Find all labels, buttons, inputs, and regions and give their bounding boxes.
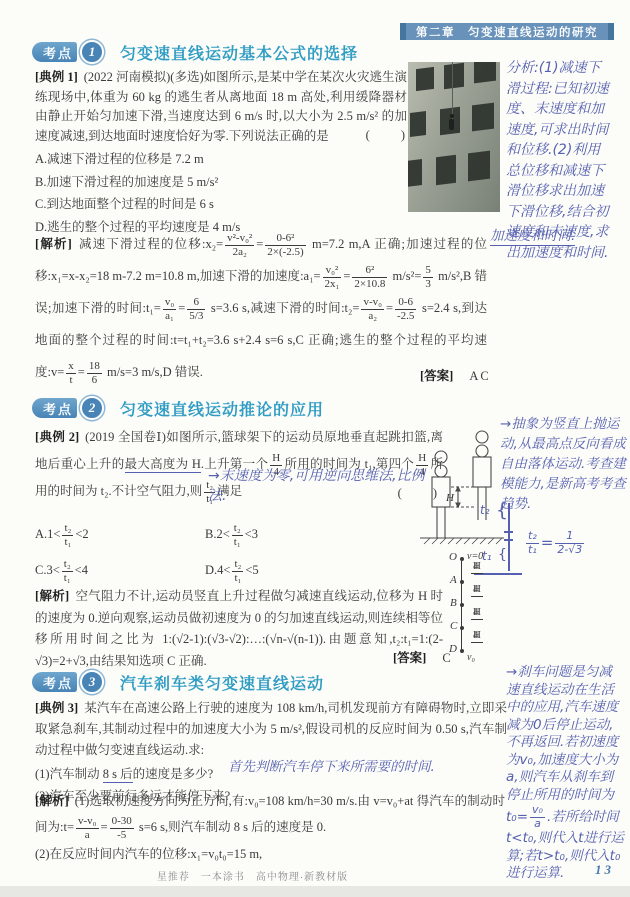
kaodian-3-number: 3 [80, 670, 104, 694]
option-2c: C.3<t₂t₁<4 [35, 558, 205, 584]
kaodian-2-badge: 考点 2 [32, 396, 104, 420]
example-1-solution: [解析]减速下滑过程的位移:x₂=v²-v₀²2a₂=0-6²2×(-2.5) … [35, 228, 487, 388]
example-1-text: (2022 河南模拟)(多选)如图所示,是某中学在某次火灾逃生演练现场中,体重为… [35, 70, 407, 143]
page-bottom-edge [0, 886, 630, 897]
photo-person [450, 114, 454, 118]
photo-person [449, 119, 454, 130]
ladder-point [460, 580, 464, 584]
kaodian-1-title: 匀变速直线运动基本公式的选择 [120, 41, 358, 64]
option-1a: A.减速下滑过程的位移是 7.2 m [35, 148, 407, 171]
handwritten-ratio-formula: t₂t₁=12-√3 [524, 530, 586, 556]
example-3-text: 某汽车在高速公路上行驶的速度为 108 km/h,司机发现前方有障碍物时,立即采… [35, 701, 507, 757]
figure-H-label: H [445, 492, 455, 504]
answer-2-label: [答案] [393, 651, 426, 665]
kaodian-1-header: 考点 1 匀变速直线运动基本公式的选择 [32, 40, 358, 64]
answer-1-value: AC [469, 369, 490, 383]
page-number: 13 [595, 862, 614, 878]
hand-line [508, 503, 510, 571]
ladder-vbot: v₀ [467, 652, 475, 663]
answer-1: [答案]AC [420, 366, 491, 384]
analysis-3-label: [解析] [35, 794, 69, 808]
example-2-solution: [解析]空气阻力不计,运动员竖直上升过程做匀减速直线运动,位移为 H 时的速度为… [35, 586, 443, 672]
escape-drill-photo [408, 62, 500, 212]
photo-window [436, 155, 456, 185]
example-2-options: A.1<t₂t₁<2 B.2<t₂t₁<3 C.3<t₂t₁<4 D.4<t₂t… [35, 522, 395, 585]
photo-window [474, 62, 496, 83]
photo-window [468, 151, 490, 182]
hand-tick [504, 539, 513, 541]
kaodian-2-header: 考点 2 匀变速直线运动推论的应用 [32, 396, 324, 420]
photo-rope [452, 62, 453, 120]
option-2b: B.2<t₂t₁<3 [205, 522, 375, 548]
answer-1-label: [答案] [420, 369, 453, 383]
ladder-point [460, 557, 464, 561]
example-3-label: [典例 3] [35, 701, 78, 715]
analysis-2-label: [解析] [35, 589, 69, 603]
solution-2-text: 空气阻力不计,运动员竖直上升过程做匀减速直线运动,位移为 H 时的速度为 0.逆… [35, 589, 443, 668]
option-1b: B.加速下滑过程的加速度是 5 m/s² [35, 171, 407, 194]
ladder-O: O [449, 551, 457, 563]
kaodian-badge-label: 考点 [32, 42, 77, 62]
option-1c: C.到达地面整个过程的时间是 6 s [35, 193, 407, 216]
chapter-banner: 第二章 匀变速直线运动的研究 [400, 23, 614, 40]
example-1-problem: [典例 1](2022 河南模拟)(多选)如图所示,是某中学在某次火灾逃生演练现… [35, 68, 407, 238]
solution-3-part1: (1)选取初速度方向为正方向,有:v₀=108 km/h=30 m/s.由 v=… [35, 794, 505, 834]
option-2d: D.4<t₂t₁<5 [205, 558, 375, 584]
ladder-point [460, 649, 464, 653]
hand-tick [504, 531, 513, 533]
textbook-page: 第二章 匀变速直线运动的研究 考点 1 匀变速直线运动基本公式的选择 [典例 1… [0, 0, 630, 897]
hand-brace-bottom: { [498, 547, 507, 563]
answer-blank-1: ( ) [366, 126, 407, 146]
photo-window [416, 67, 434, 91]
ladder-B: B [450, 597, 457, 609]
solution-3-part2: (2)在反应时间内汽车的位移:x₁=v₀t₀=15 m, [35, 841, 505, 867]
handwritten-inline-note-1: 加速度和时间. [490, 226, 630, 247]
handwritten-note-3: →刹车问题是匀减速直线运动在生活中的应用,汽车速度减为0后停止运动,不再返回.若… [506, 664, 624, 883]
chapter-title: 第二章 匀变速直线运动的研究 [416, 27, 598, 39]
example-3-solution: [解析](1)选取初速度方向为正方向,有:v₀=108 km/h=30 m/s.… [35, 788, 505, 867]
ladder-A: A [450, 574, 457, 586]
kaodian-2-title: 匀变速直线运动推论的应用 [120, 397, 324, 420]
handwritten-note-2-mid: →末速度为零,可用逆向思维法,比例法. [208, 466, 443, 506]
hand-t2-label: t₂ [480, 503, 490, 517]
hand-brace-top: { [496, 499, 508, 521]
kaodian-1-number: 1 [80, 40, 104, 64]
ladder-C: C [450, 620, 457, 632]
photo-window [410, 111, 426, 137]
kaodian-badge-label: 考点 [32, 398, 77, 418]
solution-1-text: 减速下滑过程的位移:x₂=v²-v₀²2a₂=0-6²2×(-2.5) m=7.… [35, 237, 487, 379]
kaodian-badge-label: 考点 [32, 672, 77, 692]
reverse-motion-diagram: O A B C D v=0 H4 H4 H4 H4 v₀ [447, 551, 497, 667]
analysis-1-label: [解析] [35, 237, 72, 251]
photo-window [444, 63, 464, 89]
handwritten-note-3-q1: 首先判断汽车停下来所需要的时间. [228, 757, 498, 777]
kaodian-1-badge: 考点 1 [32, 40, 104, 64]
ladder-point [460, 626, 464, 630]
kaodian-3-header: 考点 3 汽车刹车类匀变速直线运动 [32, 670, 324, 694]
photo-window [472, 103, 494, 132]
example-2-label: [典例 2] [35, 430, 79, 444]
example-1-label: [典例 1] [35, 70, 78, 84]
kaodian-3-badge: 考点 3 [32, 670, 104, 694]
kaodian-3-title: 汽车刹车类匀变速直线运动 [120, 671, 324, 694]
kaodian-2-number: 2 [80, 396, 104, 420]
footer-imprint: 星推荐 一本涂书 高中物理·新教材版 [0, 868, 505, 883]
answer-2-value: C [442, 651, 452, 665]
answer-2: [答案]C [393, 648, 453, 666]
option-2a: A.1<t₂t₁<2 [35, 522, 205, 548]
ladder-point [460, 603, 464, 607]
photo-window [408, 159, 422, 187]
